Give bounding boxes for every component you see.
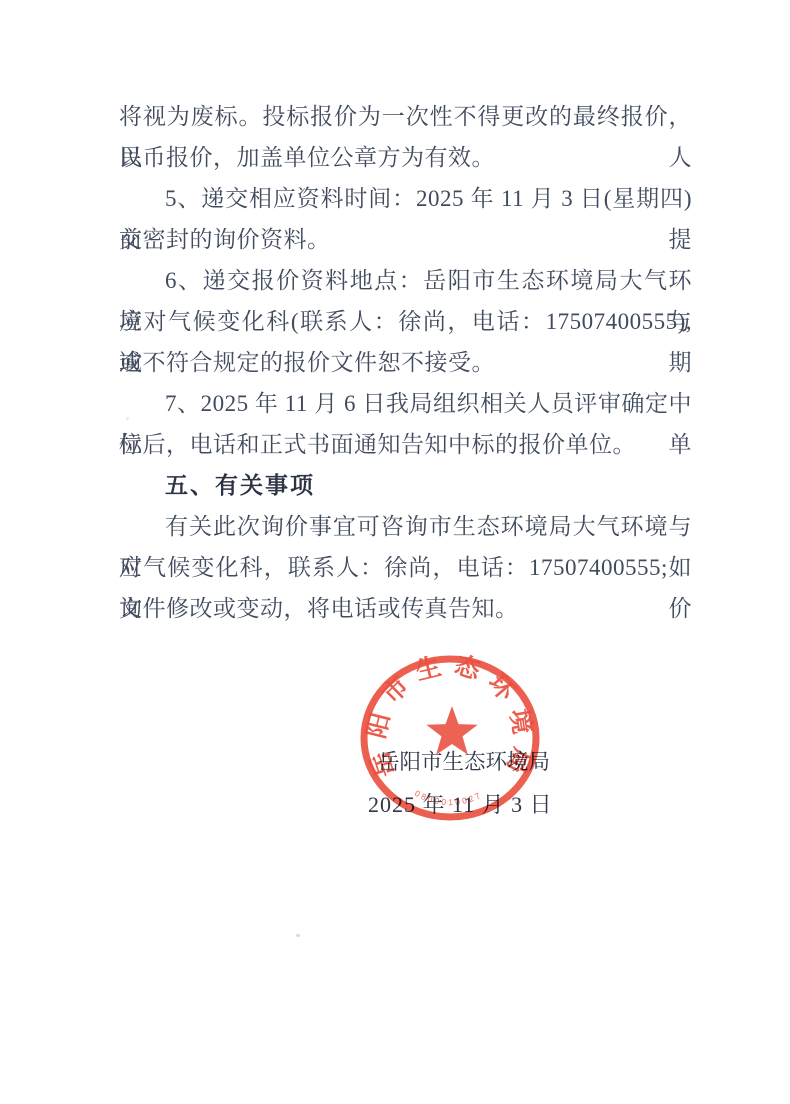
section-heading: 五、有关事项	[119, 465, 692, 506]
document-body: 将视为废标。投标报价为一次性不得更改的最终报价，以人 民币报价，加盖单位公章方为…	[119, 96, 692, 629]
text-line: 位后，电话和正式书面通知告知中标的报价单位。	[119, 424, 692, 465]
text-line-item-5: 5、递交相应资料时间：2025 年 11 月 3 日(星期四)前提	[119, 178, 692, 219]
star-icon	[426, 706, 477, 755]
text-line: 有关此次询价事宜可咨询市生态环境局大气环境与应	[119, 506, 692, 547]
text-line-item-7: 7、2025 年 11 月 6 日我局组织相关人员评审确定中标单	[119, 383, 692, 424]
scanned-document-page: 将视为废标。投标报价为一次性不得更改的最终报价，以人 民币报价，加盖单位公章方为…	[0, 0, 790, 1104]
text-line-item-6: 6、递交报价资料地点：岳阳市生态环境局大气环境与	[119, 260, 692, 301]
official-seal-stamp: 岳阳市生态环境局 0800010027	[350, 638, 550, 838]
text-line: 将视为废标。投标报价为一次性不得更改的最终报价，以人	[119, 96, 692, 137]
svg-text:0800010027: 0800010027	[413, 788, 484, 807]
scan-speck	[126, 417, 129, 420]
scan-speck	[296, 934, 300, 937]
text-line: 应对气候变化科(联系人：徐尚，电话：17507400555),逾期	[119, 301, 692, 342]
seal-serial-number: 0800010027	[413, 788, 484, 807]
text-line: 对气候变化科，联系人：徐尚，电话：17507400555;如询价	[119, 547, 692, 588]
